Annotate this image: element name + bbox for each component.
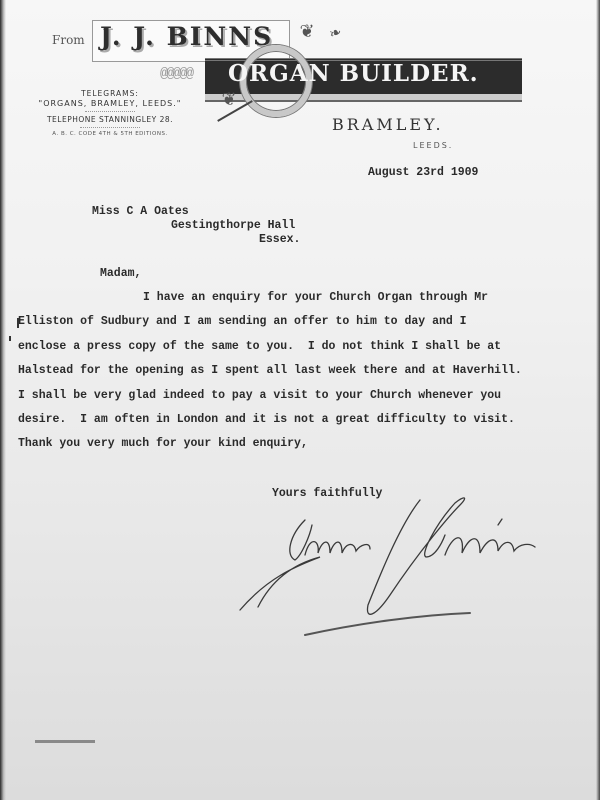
margin-mark	[9, 336, 11, 341]
scroll-ornament-icon: @@@@@	[160, 66, 192, 82]
from-label: From	[52, 33, 85, 47]
margin-mark	[17, 318, 19, 328]
leaf-ornament-icon: ❧	[327, 21, 345, 45]
salutation: Madam,	[100, 267, 141, 280]
body-line: desire. I am often in London and it is n…	[18, 413, 515, 426]
divider	[80, 127, 140, 128]
recipient-address-line2: Essex.	[259, 233, 300, 246]
telegrams-address: "ORGANS, BRAMLEY, LEEDS."	[20, 99, 200, 108]
body-line: I shall be very glad indeed to pay a vis…	[18, 389, 501, 402]
city: LEEDS.	[413, 141, 453, 150]
telegrams-label: TELEGRAMS:	[20, 89, 200, 98]
body-line: Thank you very much for your kind enquir…	[18, 437, 308, 450]
body-line: Elliston of Sudbury and I am sending an …	[18, 315, 467, 328]
flower-ornament-icon: ❦	[300, 18, 313, 44]
body-line: Halstead for the opening as I spent all …	[18, 364, 522, 377]
flower-ornament-icon: ❦	[222, 86, 235, 112]
telephone: TELEPHONE STANNINGLEY 28.	[20, 115, 200, 124]
recipient-address-line1: Gestingthorpe Hall	[171, 219, 295, 232]
paper-smudge	[35, 740, 95, 743]
company-name: J. J. BINNS	[100, 22, 273, 51]
letter-date: August 23rd 1909	[368, 166, 478, 179]
body-line: enclose a press copy of the same to you.…	[18, 340, 501, 353]
abc-code: A. B. C. CODE 4TH & 5TH EDITIONS.	[20, 131, 200, 137]
divider	[85, 111, 135, 112]
page-edge-left	[0, 0, 6, 800]
page-edge-right	[596, 0, 600, 800]
town: BRAMLEY.	[332, 115, 444, 134]
recipient-name: Miss C A Oates	[92, 205, 189, 218]
trade-title: ORGAN BUILDER.	[228, 60, 479, 87]
signature	[230, 495, 560, 645]
body-line: I have an enquiry for your Church Organ …	[143, 291, 488, 304]
